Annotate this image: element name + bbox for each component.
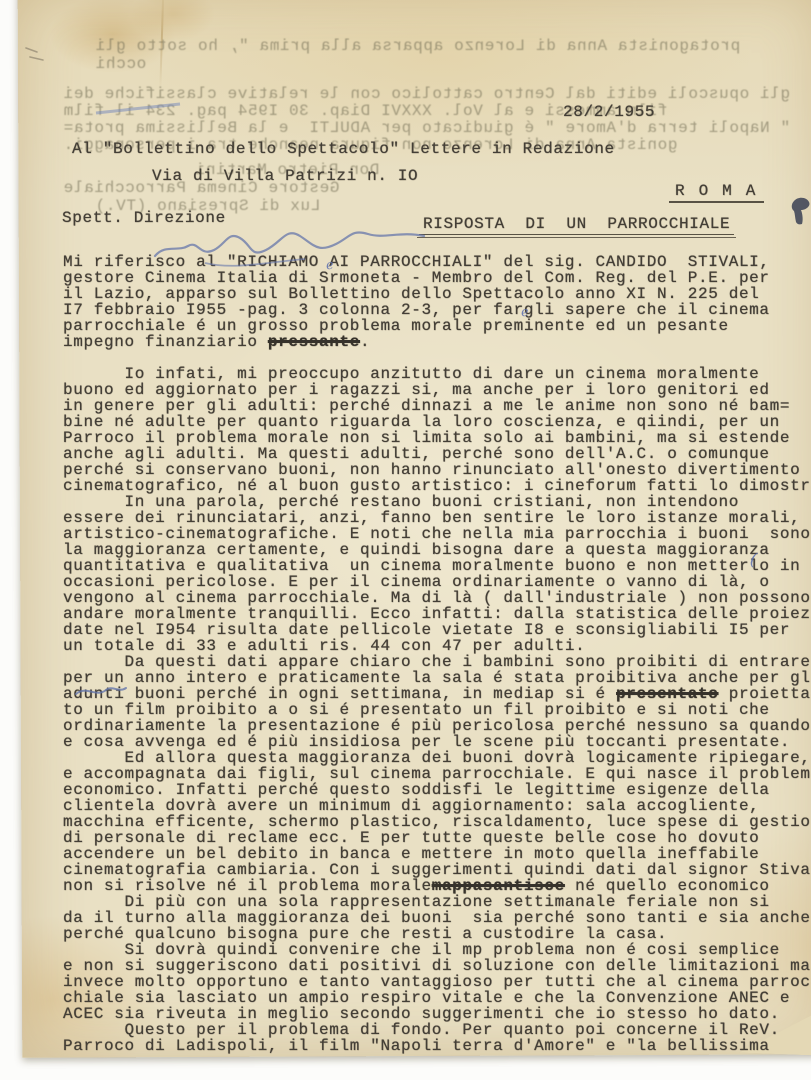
typed-line: Ed allora questa maggioranza dei buoni d… (63, 750, 811, 766)
typed-line: buono ed aggiornato per i ragazzi si, ma… (63, 382, 811, 398)
typed-line: perché qualcuno bisogna pure che resti a… (63, 926, 811, 942)
typed-line: da il turno alla maggioranza dei buoni s… (63, 910, 811, 926)
typed-line: Da questi dati appare chiaro che i bambi… (63, 654, 811, 670)
typed-line: artistico-cinematografiche. E noti che n… (63, 526, 811, 542)
typed-line: e non si suggeriscono dati positivi di s… (63, 958, 811, 974)
typed-line: il Lazio, apparso sul Bollettino dello S… (63, 286, 811, 302)
typed-line: non si risolve né il problema moralemapp… (63, 878, 811, 894)
typed-line: economico. Infatti perché questo soddisf… (63, 782, 811, 798)
typed-line: andare moralmente tranquilli. Ecco infat… (63, 606, 811, 622)
typed-line: In una parola, perché restano buoni cris… (63, 494, 811, 510)
typed-line: Si dovrà quindi convenire che il mp prob… (63, 942, 811, 958)
typed-line: e cosa avvenga ed é più insidiosa per le… (63, 734, 811, 750)
letter-date: 28/2/1955 (563, 104, 655, 120)
letter-title: RISPOSTA DI UN PARROCCHIALE (419, 216, 734, 235)
typed-line: cinematografia cambiaria. Con i suggerim… (63, 862, 811, 878)
typed-line: Mi riferisco al "RICHIAMO AI PARROCCHIAL… (63, 254, 811, 270)
letter-body: Mi riferisco al "RICHIAMO AI PARROCCHIAL… (63, 254, 811, 1054)
typed-line: la maggioranza certamente, e quindi biso… (63, 542, 811, 558)
typed-line: perché si conservano buoni, non hanno ri… (63, 462, 811, 478)
typed-line: Io infati, mi preoccupo anzitutto di dar… (63, 366, 811, 382)
typed-line: accendere un bel debito in banca e mette… (63, 846, 811, 862)
typed-line: in genere per gli adulti: perché dinnazi… (63, 398, 811, 414)
typed-line: ordinariamente la presentazione é più pe… (63, 718, 811, 734)
address-line: Via di Villa Patrizi n. IO (152, 168, 418, 184)
recipient-line: Al "Bollettino dello Spettacolo" Lettere… (72, 141, 615, 157)
typed-line: chiale sia lasciato un ampio respiro vit… (63, 990, 811, 1006)
handwritten-letter-e-sermoneta: e (325, 258, 335, 274)
typed-line: essere dei rinunciatari, anzi, fanno ben… (63, 510, 811, 526)
typed-line: gestore Cinema Italia di Srmoneta - Memb… (63, 270, 811, 286)
typed-line: anche agli adulti. Ma questi adulti, per… (63, 446, 811, 462)
typed-line: ACEC sia riveuta in meglio secondo sugge… (63, 1006, 811, 1022)
typed-line: occasioni pericolose. E per il cinema or… (63, 574, 811, 590)
typed-line: adunti buoni perché in ogni settimana, i… (63, 686, 811, 702)
typed-line: Parroco di Ladispoli, il film "Napoli te… (63, 1038, 811, 1054)
bleedthrough-line: occhi (95, 56, 146, 72)
typed-line: macchina efficente, schermo plastico, ri… (63, 814, 811, 830)
typed-line: e accompagnata dai figli, sul cinema par… (63, 766, 811, 782)
bleedthrough-line: " Napoli terra d'Amore " é giudicato per… (63, 120, 790, 136)
letter-title-wrap: RISPOSTA DI UN PARROCCHIALE (378, 200, 734, 251)
salutation-line: Spett. Direzione (62, 210, 226, 226)
typed-line: cinematografico, né al buon gusto artist… (63, 478, 811, 494)
typed-line: vengono al cinema parrocchiale. Ma di là… (63, 590, 811, 606)
scanned-letter-page: protagonista Anna di Lorenzo apparsa all… (0, 0, 811, 1080)
typed-line (63, 350, 811, 366)
typed-line: Di più con una sola rappresentazione set… (63, 894, 811, 910)
bleedthrough-line: gli opuscoli editi dal Centro cattolico … (63, 86, 790, 102)
typed-line: parrocchiale é un grosso problema morale… (63, 318, 811, 334)
typed-line: impegno finanziario pressante. (63, 334, 811, 350)
typed-line: di personale di reclame ecc. E per tutte… (63, 830, 811, 846)
bleedthrough-line: protagonista Anna di Lorenzo apparsa all… (95, 38, 740, 54)
handwritten-letter-e-preminente: e (520, 305, 529, 321)
typed-line: I7 febbraio I955 -pag. 3 colonna 2-3, pe… (63, 302, 811, 318)
typed-line: Parroco il problema morale non si limita… (63, 430, 811, 446)
struck-out-text: pressante (268, 333, 360, 351)
typed-text: impegno finanziario (63, 333, 268, 351)
typed-line: quantitativa e qualitativa un cinema mor… (63, 558, 811, 574)
typed-line: to un film proibito a o si é presentato … (63, 702, 811, 718)
typed-line: per un anno intero e praticamente la sal… (63, 670, 811, 686)
typed-line: Questo per il problema di fondo. Per qua… (63, 1022, 811, 1038)
typed-line: un totale di 33 e adulti ris. 44 con 47 … (63, 638, 811, 654)
typed-line: date nel I954 risulta date pellicole vie… (63, 622, 811, 638)
typed-line: clientela dovrà avere un minimum di aggi… (63, 798, 811, 814)
typed-line: invece molto opportuno e tanto vantaggio… (63, 974, 811, 990)
typed-text: . (360, 333, 370, 351)
typed-line: bine né adulte per quanto riguarda la lo… (63, 414, 811, 430)
